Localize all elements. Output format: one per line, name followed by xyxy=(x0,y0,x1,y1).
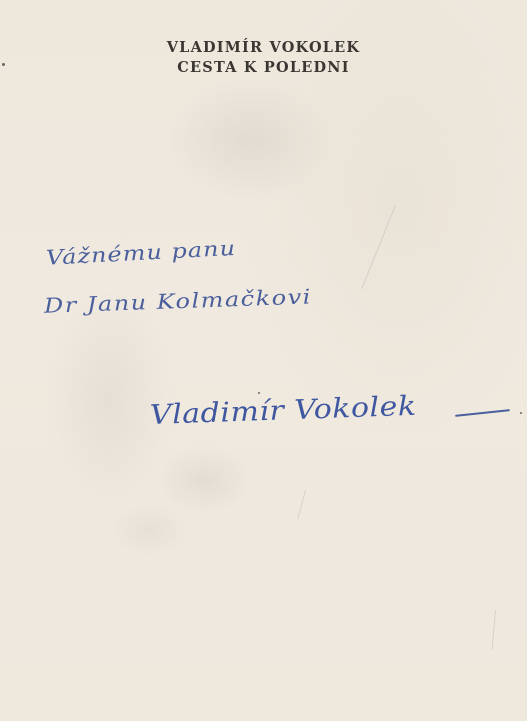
author-name: VLADIMÍR VOKOLEK xyxy=(0,38,527,58)
author-signature: Vladimír Vokolek xyxy=(149,390,417,431)
show-through-mark xyxy=(297,490,306,519)
signature-flourish xyxy=(455,409,510,417)
printed-title-block: VLADIMÍR VOKOLEK CESTA K POLEDNI xyxy=(0,38,527,78)
show-through-mark xyxy=(492,610,496,650)
show-through-mark xyxy=(361,205,396,289)
book-title: CESTA K POLEDNI xyxy=(0,58,527,78)
dedication-line-1: Vážnému panu xyxy=(45,236,236,270)
dedication-line-2: Dr Janu Kolmačkovi xyxy=(44,285,313,318)
paper-speck xyxy=(258,392,260,394)
book-page: VLADIMÍR VOKOLEK CESTA K POLEDNI Vážnému… xyxy=(0,0,527,721)
paper-speck xyxy=(520,412,522,414)
